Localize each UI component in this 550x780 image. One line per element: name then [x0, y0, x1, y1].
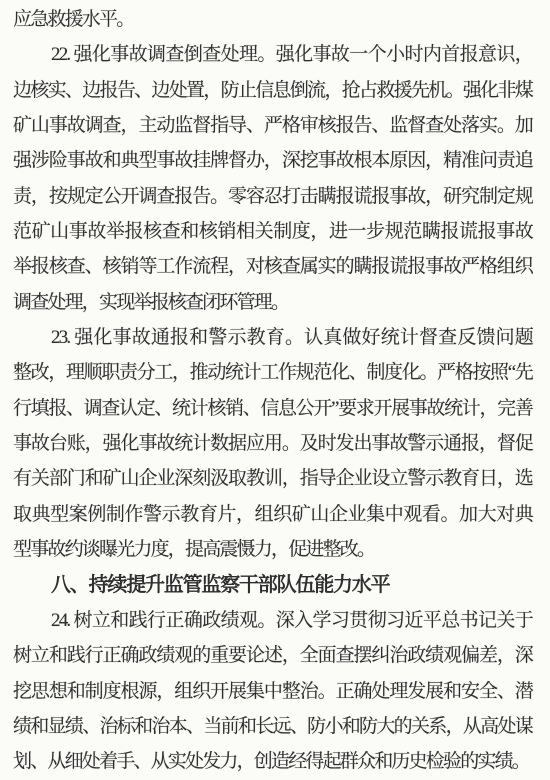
text-line: 矿山事故调查，主动监督指导、严格审核报告、监督查处落实。加 [13, 108, 532, 143]
text-line: 划、从细处着手、从实处发力，创造经得起群众和历史检验的实绩。 [13, 744, 532, 779]
section-heading: 八、持续提升监管监察干部队伍能力水平 [13, 568, 532, 603]
text-line: 行填报、调查认定、统计核销、信息公开”要求开展事故统计，完善 [13, 391, 532, 426]
text-line: 边核实、边报告、边处置，防止信息倒流，抢占救援先机。强化非煤 [13, 73, 532, 108]
text-line: 绩和显绩、治标和治本、当前和长远、防小和防大的关系，从高处谋 [13, 709, 532, 744]
text-line: 举报核查、核销等工作流程，对核查属实的瞒报谎报事故严格组织 [13, 249, 532, 284]
text-line: 有关部门和矿山企业深刻汲取教训，指导企业设立警示教育日，选 [13, 461, 532, 496]
text-line: 挖思想和制度根源，组织开展集中整治。正确处理发展和安全、潜 [13, 674, 532, 709]
text-line: 型事故约谈曝光力度，提高震慑力，促进整改。 [13, 532, 532, 567]
text-line: 范矿山事故举报核查和核销相关制度，进一步规范瞒报谎报事故 [13, 214, 532, 249]
text-line: 取典型案例制作警示教育片，组织矿山企业集中观看。加大对典 [13, 497, 532, 532]
text-line: 整改，理顺职责分工，推动统计工作规范化、制度化。严格按照“先 [13, 355, 532, 390]
text-line: 应急救援水平。 [13, 2, 532, 37]
text-line: 调查处理，实现举报核查闭环管理。 [13, 285, 532, 320]
text-line: 事故台账，强化事故统计数据应用。及时发出事故警示通报，督促 [13, 426, 532, 461]
text-line: 24. 树立和践行正确政绩观。深入学习贯彻习近平总书记关于 [13, 603, 532, 638]
document-page: 应急救援水平。22. 强化事故调查倒查处理。强化事故一个小时内首报意识，边核实、… [0, 0, 550, 780]
text-line: 强涉险事故和典型事故挂牌督办，深挖事故根本原因，精准问责追 [13, 143, 532, 178]
text-line: 责，按规定公开调查报告。零容忍打击瞒报谎报事故，研究制定规 [13, 179, 532, 214]
text-line: 树立和践行正确政绩观的重要论述，全面查摆纠治政绩观偏差，深 [13, 638, 532, 673]
text-line: 23. 强化事故通报和警示教育。认真做好统计督查反馈问题 [13, 320, 532, 355]
text-line: 22. 强化事故调查倒查处理。强化事故一个小时内首报意识， [13, 37, 532, 72]
